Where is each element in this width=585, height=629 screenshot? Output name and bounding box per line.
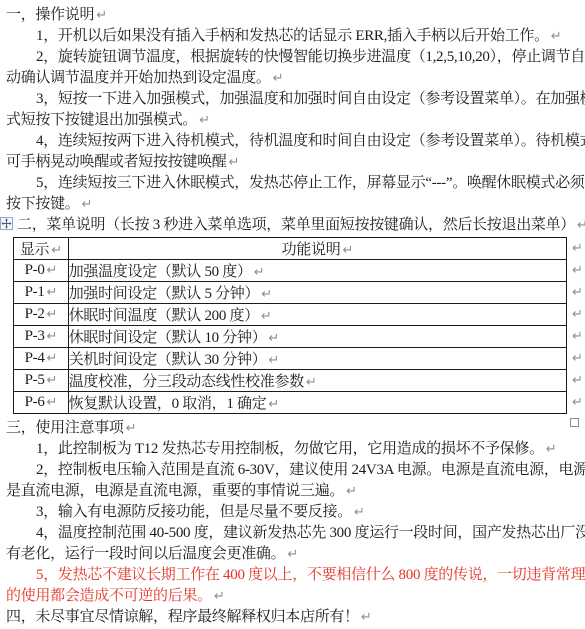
table-row: P-3↵ 休眠时间设定（默认 10 分钟）↵ ↵ — [14, 326, 585, 348]
paragraph-mark-icon: ↵ — [572, 285, 583, 300]
menu-desc-cell: 休眠时间温度（默认 200 度）↵ — [68, 304, 566, 326]
paragraph-mark-icon: ↵ — [273, 71, 284, 86]
cell-mark-icon: ↵ — [47, 329, 58, 344]
paragraph-mark-icon: ↵ — [354, 505, 365, 520]
paragraph-line: 有老化，运行一段时间以后温度会更准确。↵ — [6, 544, 585, 565]
menu-desc-cell: 加强温度设定（默认 50 度）↵ — [68, 260, 566, 282]
cell-text: P-2 — [25, 306, 45, 322]
paragraph-text: 3，输入有电源防反接功能，但是尽量不要反接。 — [36, 504, 352, 520]
paragraph-text: 2，控制板电压输入范围是直流 6-30V，建议使用 24V3A 电源。电源是直流… — [36, 462, 585, 478]
paragraph-mark-icon: ↵ — [82, 197, 93, 212]
paragraph-mark-icon: ↵ — [572, 395, 583, 410]
menu-code-cell: P-6↵ — [14, 392, 69, 414]
menu-desc-cell: 关机时间设定（默认 30 分钟）↵ — [68, 348, 566, 370]
paragraph-mark-icon: ↵ — [572, 307, 583, 322]
paragraph-text: 4，温度控制范围 40-500 度，建议新发热芯先 300 度运行一段时间，国产… — [36, 525, 585, 541]
paragraph-line: 按下按键。↵ — [6, 194, 585, 215]
cell-text: P-1 — [25, 284, 45, 300]
paragraph-mark-icon: ↵ — [361, 610, 372, 625]
paragraph-text: 可手柄晃动唤醒或者短按按键唤醒 — [6, 154, 227, 170]
warning-line: 5，发热芯不建议长期工作在 400 度以上，不要相信什么 800 度的传说，一切… — [6, 565, 585, 586]
document-page: 一，操作说明↵ 1，开机以后如果没有插入手柄和发热芯的话显示 ERR,插入手柄以… — [0, 0, 585, 629]
paragraph-text: 一，操作说明 — [6, 7, 94, 23]
paragraph-text: 动确认调节温度并开始加热到设定温度。 — [6, 70, 271, 86]
cell-text: 温度校准，分三段动态线性校准参数 — [69, 374, 304, 390]
cell-text: 加强时间设定（默认 5 分钟） — [69, 286, 260, 302]
paragraph-mark-icon: ↵ — [551, 29, 562, 44]
row-end-mark: ↵ — [567, 304, 585, 326]
cell-mark-icon: ↵ — [306, 375, 317, 390]
header-cell-function: 功能说明↵ — [68, 238, 566, 260]
table-row: P-6↵ 恢复默认设置，0 取消，1 确定↵ ↵ — [14, 392, 585, 414]
paragraph-mark-icon: ↵ — [346, 484, 357, 499]
cell-text: P-0 — [25, 262, 45, 278]
section-2-title: 二，菜单说明（长按 3 秒进入菜单选项，菜单里面短按按键确认，然后长按退出菜单）… — [6, 215, 585, 236]
cell-text: P-4 — [25, 350, 45, 366]
paragraph-line: 2，旋转旋钮调节温度，根据旋转的快慢智能切换步进温度（1,2,5,10,20），… — [6, 47, 585, 68]
menu-desc-cell: 恢复默认设置，0 取消，1 确定↵ — [68, 392, 566, 414]
menu-desc-cell: 温度校准，分三段动态线性校准参数↵ — [68, 370, 566, 392]
paragraph-line: 动确认调节温度并开始加热到设定温度。↵ — [6, 68, 585, 89]
header-text: 功能说明 — [282, 242, 341, 258]
row-end-mark: ↵ — [567, 238, 585, 260]
paragraph-mark-icon: ↵ — [199, 113, 210, 128]
table-row: P-0↵ 加强温度设定（默认 50 度）↵ ↵ — [14, 260, 585, 282]
row-end-mark: ↵ — [567, 260, 585, 282]
cell-mark-icon: ↵ — [47, 263, 58, 278]
paragraph-mark-icon: ↵ — [572, 373, 583, 388]
menu-code-cell: P-5↵ — [14, 370, 69, 392]
menu-desc-cell: 加强时间设定（默认 5 分钟）↵ — [68, 282, 566, 304]
cell-mark-icon: ↵ — [261, 309, 272, 324]
paragraph-text: 1，此控制板为 T12 发热芯专用控制板，勿做它用，它用造成的损坏不予保修。 — [36, 441, 544, 457]
paragraph-text: 式短按下按键退出加强模式。 — [6, 112, 197, 128]
header-text: 显示 — [20, 242, 49, 258]
menu-desc-cell: 休眠时间设定（默认 10 分钟）↵ — [68, 326, 566, 348]
section-4-title: 四，未尽事宜尽情谅解，程序最终解释权归本店所有！↵ — [6, 607, 585, 628]
cell-text: 关机时间设定（默认 30 分钟） — [69, 352, 267, 368]
row-end-mark: ↵ — [567, 326, 585, 348]
table-row: P-4↵ 关机时间设定（默认 30 分钟）↵ ↵ — [14, 348, 585, 370]
cell-text: 休眠时间设定（默认 10 分钟） — [69, 330, 267, 346]
paragraph-line: 3，短按一下进入加强模式，加强温度和加强时间自由设定（参考设置菜单）。在加强模 — [6, 89, 585, 110]
row-end-mark: ↵ — [567, 282, 585, 304]
paragraph-mark-icon: ↵ — [572, 241, 583, 256]
paragraph-mark-icon: ↵ — [572, 263, 583, 278]
paragraph-line: 4，温度控制范围 40-500 度，建议新发热芯先 300 度运行一段时间，国产… — [6, 523, 585, 544]
menu-code-cell: P-3↵ — [14, 326, 69, 348]
paragraph-line: 是直流电源，电源是直流电源，重要的事情说三遍。↵ — [6, 481, 585, 502]
paragraph-line: 4，连续短按两下进入待机模式，待机温度和时间自由设定（参考设置菜单）。待机模式 — [6, 131, 585, 152]
paragraph-text: 5，连续短按三下进入休眠模式，发热芯停止工作，屏幕显示“---”。唤醒休眠模式必… — [36, 175, 585, 191]
cell-text: P-3 — [25, 328, 45, 344]
paragraph-mark-icon: ↵ — [229, 155, 240, 170]
paragraph-mark-icon: ↵ — [546, 442, 557, 457]
cell-mark-icon: ↵ — [342, 243, 353, 258]
cell-text: 加强温度设定（默认 50 度） — [69, 264, 252, 280]
paragraph-line: 可手柄晃动唤醒或者短按按键唤醒↵ — [6, 152, 585, 173]
cell-text: 恢复默认设置，0 取消，1 确定 — [69, 396, 267, 412]
paragraph-mark-icon: ↵ — [572, 351, 583, 366]
cell-text: 休眠时间温度（默认 200 度） — [69, 308, 259, 324]
paragraph-text: 二，菜单说明（长按 3 秒进入菜单选项，菜单里面短按按键确认，然后长按退出菜单） — [17, 217, 575, 233]
section-1-title: 一，操作说明↵ — [6, 5, 585, 26]
table-row: P-2↵ 休眠时间温度（默认 200 度）↵ ↵ — [14, 304, 585, 326]
row-end-mark: ↵ — [567, 392, 585, 414]
paragraph-line: 1，此控制板为 T12 发热芯专用控制板，勿做它用，它用造成的损坏不予保修。↵ — [6, 439, 585, 460]
cell-mark-icon: ↵ — [268, 353, 279, 368]
menu-code-cell: P-1↵ — [14, 282, 69, 304]
paragraph-line: 1，开机以后如果没有插入手柄和发热芯的话显示 ERR,插入手柄以后开始工作。↵ — [6, 26, 585, 47]
table-move-handle-icon[interactable] — [0, 217, 13, 230]
paragraph-mark-icon: ↵ — [96, 8, 107, 23]
row-end-mark: ↵ — [567, 348, 585, 370]
cell-mark-icon: ↵ — [268, 331, 279, 346]
paragraph-text: 按下按键。 — [6, 196, 80, 212]
paragraph-mark-icon: ↵ — [126, 421, 137, 436]
table-header-row: 显示↵ 功能说明↵ ↵ — [14, 238, 585, 260]
paragraph-text: 有老化，运行一段时间以后温度会更准确。 — [6, 546, 285, 562]
paragraph-line: 式短按下按键退出加强模式。↵ — [6, 110, 585, 131]
paragraph-text: 2，旋转旋钮调节温度，根据旋转的快慢智能切换步进温度（1,2,5,10,20），… — [36, 49, 585, 65]
paragraph-text: 四，未尽事宜尽情谅解，程序最终解释权归本店所有！ — [6, 609, 359, 625]
paragraph-mark-icon: ↵ — [577, 218, 585, 233]
section-3-title: 三，使用注意事项↵ — [6, 418, 585, 439]
paragraph-text: 3，短按一下进入加强模式，加强温度和加强时间自由设定（参考设置菜单）。在加强模 — [36, 91, 585, 107]
paragraph-mark-icon: ↵ — [572, 329, 583, 344]
paragraph-text: 是直流电源，电源是直流电源，重要的事情说三遍。 — [6, 483, 344, 499]
paragraph-text: 的使用都会造成不可逆的后果。 — [6, 588, 212, 604]
cell-mark-icon: ↵ — [51, 243, 62, 258]
cell-mark-icon: ↵ — [47, 351, 58, 366]
table-row: P-1↵ 加强时间设定（默认 5 分钟）↵ ↵ — [14, 282, 585, 304]
menu-table: 显示↵ 功能说明↵ ↵ P-0↵ 加强温度设定（默认 50 度）↵ ↵ P-1↵… — [13, 237, 585, 414]
paragraph-line: 5，连续短按三下进入休眠模式，发热芯停止工作，屏幕显示“---”。唤醒休眠模式必… — [6, 173, 585, 194]
cell-mark-icon: ↵ — [47, 307, 58, 322]
paragraph-text: 4，连续短按两下进入待机模式，待机温度和时间自由设定（参考设置菜单）。待机模式 — [36, 133, 585, 149]
menu-code-cell: P-4↵ — [14, 348, 69, 370]
cell-mark-icon: ↵ — [47, 285, 58, 300]
paragraph-mark-icon: ↵ — [214, 589, 225, 604]
paragraph-mark-icon: ↵ — [287, 547, 298, 562]
table-row: P-5↵ 温度校准，分三段动态线性校准参数↵ ↵ — [14, 370, 585, 392]
cell-mark-icon: ↵ — [254, 265, 265, 280]
paragraph-line: 3，输入有电源防反接功能，但是尽量不要反接。↵ — [6, 502, 585, 523]
menu-code-cell: P-0↵ — [14, 260, 69, 282]
paragraph-text: 1，开机以后如果没有插入手柄和发热芯的话显示 ERR,插入手柄以后开始工作。 — [36, 28, 549, 44]
menu-code-cell: P-2↵ — [14, 304, 69, 326]
row-end-mark: ↵ — [567, 370, 585, 392]
paragraph-line: 2，控制板电压输入范围是直流 6-30V，建议使用 24V3A 电源。电源是直流… — [6, 460, 585, 481]
cell-mark-icon: ↵ — [47, 373, 58, 388]
cell-text: P-6 — [25, 394, 45, 410]
header-cell-display: 显示↵ — [14, 238, 69, 260]
cell-text: P-5 — [25, 372, 45, 388]
cell-mark-icon: ↵ — [268, 397, 279, 412]
paragraph-text: 5，发热芯不建议长期工作在 400 度以上，不要相信什么 800 度的传说，一切… — [36, 567, 585, 583]
cell-mark-icon: ↵ — [261, 287, 272, 302]
warning-line: 的使用都会造成不可逆的后果。↵ — [6, 586, 585, 607]
cell-mark-icon: ↵ — [47, 395, 58, 410]
paragraph-text: 三，使用注意事项 — [6, 420, 124, 436]
table-resize-handle[interactable] — [570, 418, 579, 427]
